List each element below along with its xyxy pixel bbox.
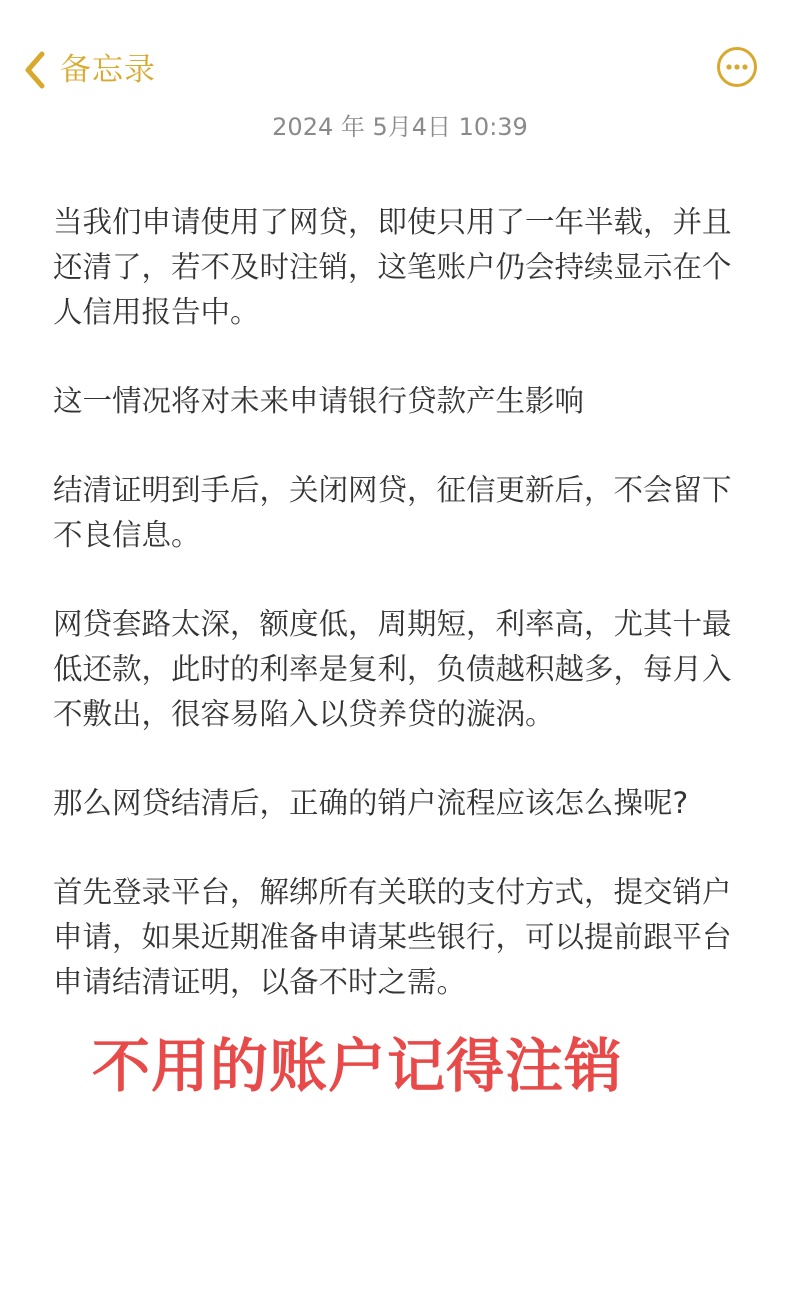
note-paragraph: 首先登录平台，解绑所有关联的支付方式，提交销户申请，如果近期准备申请某些银行，可…	[53, 870, 753, 1005]
back-label: 备忘录	[60, 55, 156, 86]
note-body[interactable]: 当我们申请使用了网贷，即使只用了一年半载，并且还清了，若不及时注销，这笔账户仍会…	[53, 200, 753, 1049]
note-paragraph: 结清证明到手后，关闭网贷，征信更新后，不会留下不良信息。	[53, 468, 753, 558]
note-paragraph: 那么网贷结清后，正确的销户流程应该怎么操呢?	[53, 781, 753, 826]
note-timestamp: 2024 年 5月4日 10:39	[0, 110, 800, 144]
navigation-bar: 备忘录	[0, 40, 800, 100]
note-paragraph: 这一情况将对未来申请银行贷款产生影响	[53, 379, 753, 424]
more-options-button[interactable]	[716, 46, 758, 88]
back-button[interactable]: 备忘录	[22, 46, 156, 94]
highlight-caption: 不用的账户记得注销	[92, 1028, 732, 1104]
note-paragraph: 网贷套路太深，额度低，周期短，利率高，尤其十最低还款，此时的利率是复利，负债越积…	[53, 602, 753, 737]
note-paragraph: 当我们申请使用了网贷，即使只用了一年半载，并且还清了，若不及时注销，这笔账户仍会…	[53, 200, 753, 335]
chevron-left-icon	[22, 50, 48, 90]
ellipsis-circle-icon	[716, 73, 758, 92]
